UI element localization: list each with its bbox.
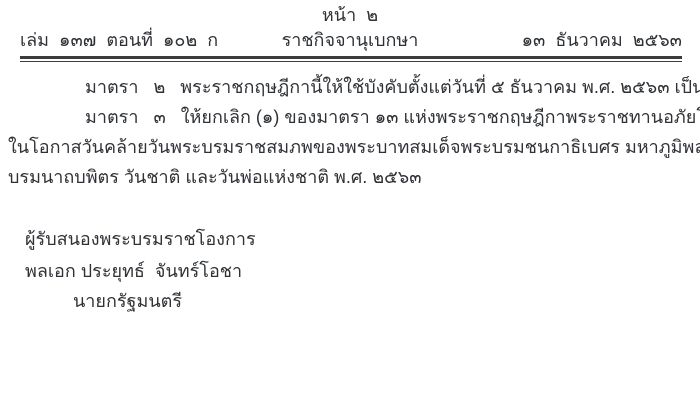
countersign-label: ผู้รับสนองพระบรมราชโองการ xyxy=(25,226,256,252)
body-line-section-2: มาตรา ๒ พระราชกฤษฎีกานี้ให้ใช้บังคับตั้ง… xyxy=(85,74,700,100)
body-line-section-3-cont-1: ในโอกาสวันคล้ายวันพระบรมราชสมภพของพระบาท… xyxy=(8,134,700,160)
header-double-rule xyxy=(20,56,682,62)
issue-date: ๑๓ ธันวาคม ๒๕๖๓ xyxy=(522,27,682,53)
page-number-label: หน้า ๒ xyxy=(0,2,700,28)
signer-title: นายกรัฐมนตรี xyxy=(73,288,182,314)
body-line-section-3-cont-2: บรมนาถบพิตร วันชาติ และวันพ่อแห่งชาติ พ.… xyxy=(8,164,422,190)
signer-name: พลเอก ประยุทธ์ จันทร์โอชา xyxy=(25,258,242,284)
gazette-page: หน้า ๒ เล่ม ๑๓๗ ตอนที่ ๑๐๒ ก ราชกิจจานุเ… xyxy=(0,0,700,420)
body-line-section-3: มาตรา ๓ ให้ยกเลิก (๑) ของมาตรา ๑๓ แห่งพร… xyxy=(85,104,700,130)
